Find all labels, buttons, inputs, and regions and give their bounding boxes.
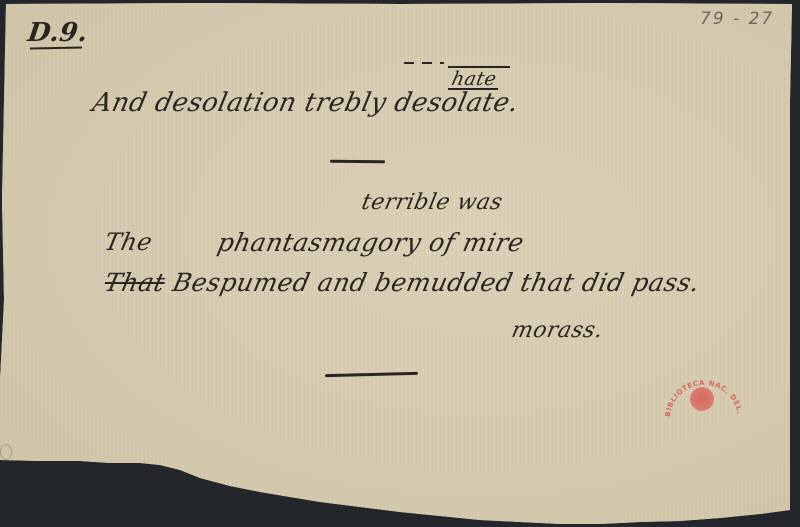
library-stamp: BIBLIOTECA NAC. DEL.	[664, 373, 744, 423]
struck-word: That	[102, 268, 168, 297]
insertion-hate: hate	[450, 68, 499, 90]
paper-smudge	[0, 444, 12, 460]
stamp-seal-icon	[690, 387, 714, 411]
insertion-dashes	[404, 62, 444, 64]
folio-label: D.9.	[26, 18, 90, 48]
shelfmark-number: 79 - 27	[700, 9, 774, 29]
manuscript-line-3: That Bespumed and bemudded that did pass…	[102, 268, 703, 297]
manuscript-line-2-first-word: The	[102, 228, 155, 256]
manuscript-line-3-text: Bespumed and bemudded that did pass.	[170, 268, 703, 297]
paper-sheet	[0, 0, 800, 527]
manuscript-line-2: phantasmagory of mire	[215, 228, 527, 257]
section-divider-1	[330, 160, 385, 163]
manuscript-scan: D.9. 79 - 27 hate And desolation trebly …	[0, 0, 800, 527]
manuscript-line-1: And desolation trebly desolate.	[90, 88, 522, 118]
insertion-terrible-was: terrible was	[359, 190, 505, 215]
insertion-morass: morass.	[509, 318, 605, 343]
